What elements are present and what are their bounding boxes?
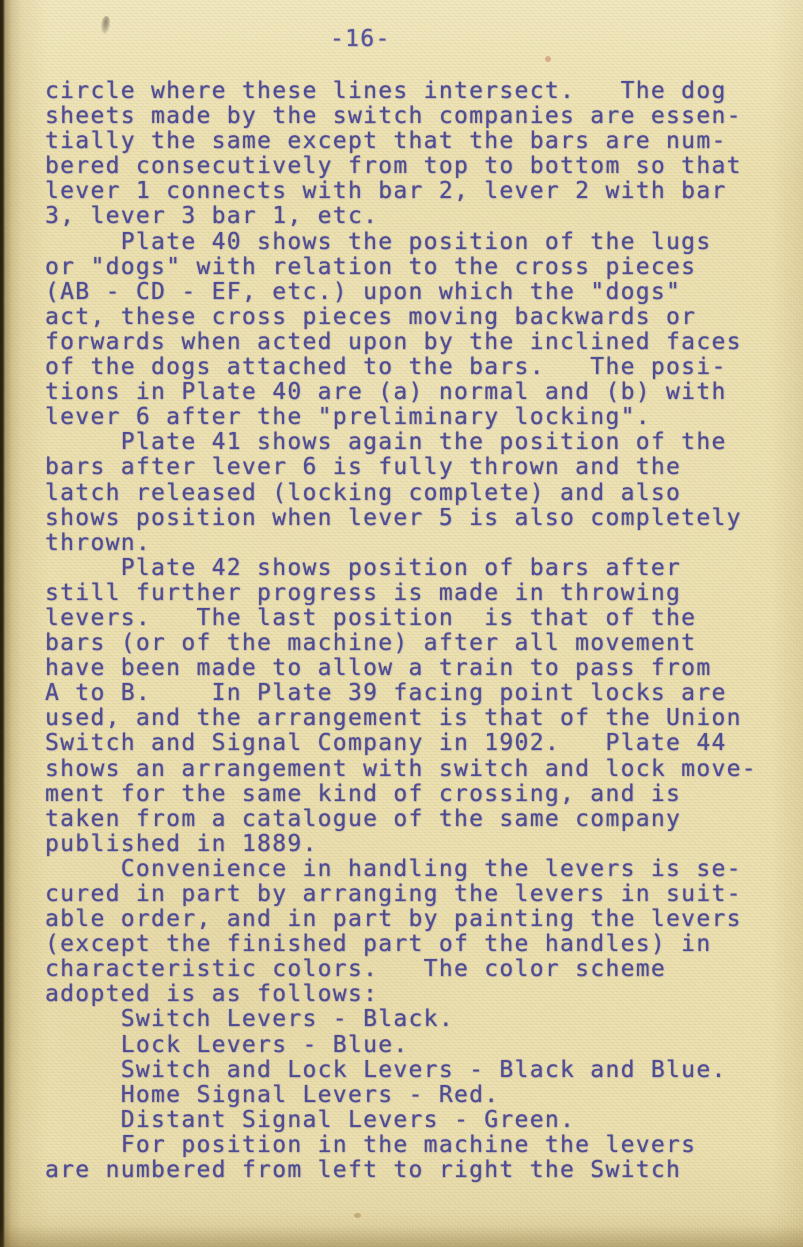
text-line: have been made to allow a train to pass … xyxy=(45,656,757,681)
text-line: tially the same except that the bars are… xyxy=(45,129,757,154)
typewritten-body: circle where these lines intersect. The … xyxy=(45,79,757,1183)
text-line: still further progress is made in throwi… xyxy=(45,581,757,606)
text-line: Convenience in handling the levers is se… xyxy=(45,857,757,882)
text-line: ment for the same kind of crossing, and … xyxy=(45,782,757,807)
text-line: adopted is as follows: xyxy=(45,982,757,1007)
text-line: or "dogs" with relation to the cross pie… xyxy=(45,255,757,280)
text-line: Plate 40 shows the position of the lugs xyxy=(45,230,757,255)
text-line: Lock Levers - Blue. xyxy=(45,1033,757,1058)
text-line: used, and the arrangement is that of the… xyxy=(45,706,757,731)
text-line: A to B. In Plate 39 facing point locks a… xyxy=(45,681,757,706)
text-line: characteristic colors. The color scheme xyxy=(45,957,757,982)
text-line: bars after lever 6 is fully thrown and t… xyxy=(45,455,757,480)
text-line: Distant Signal Levers - Green. xyxy=(45,1108,757,1133)
text-line: act, these cross pieces moving backwards… xyxy=(45,305,757,330)
text-line: sheets made by the switch companies are … xyxy=(45,104,757,129)
text-line: (AB - CD - EF, etc.) upon which the "dog… xyxy=(45,280,757,305)
text-line: cured in part by arranging the levers in… xyxy=(45,882,757,907)
text-line: circle where these lines intersect. The … xyxy=(45,79,757,104)
text-line: taken from a catalogue of the same compa… xyxy=(45,807,757,832)
text-line: latch released (locking complete) and al… xyxy=(45,481,757,506)
paper-speck xyxy=(545,56,551,62)
text-line: bered consecutively from top to bottom s… xyxy=(45,154,757,179)
text-line: levers. The last position is that of the xyxy=(45,606,757,631)
text-line: shows position when lever 5 is also comp… xyxy=(45,506,757,531)
text-line: Switch Levers - Black. xyxy=(45,1007,757,1032)
text-line: bars (or of the machine) after all movem… xyxy=(45,631,757,656)
page-number: -16- xyxy=(330,27,391,52)
text-line: lever 6 after the "preliminary locking". xyxy=(45,405,757,430)
text-line: Switch and Lock Levers - Black and Blue. xyxy=(45,1058,757,1083)
binding-edge-shadow xyxy=(0,0,48,1247)
text-line: published in 1889. xyxy=(45,832,757,857)
text-line: shows an arrangement with switch and loc… xyxy=(45,757,757,782)
pencil-smudge-mark xyxy=(100,15,111,34)
text-line: of the dogs attached to the bars. The po… xyxy=(45,355,757,380)
text-line: are numbered from left to right the Swit… xyxy=(45,1158,757,1183)
paper-speck xyxy=(354,1213,361,1218)
text-line: 3, lever 3 bar 1, etc. xyxy=(45,204,757,229)
text-line: Plate 42 shows position of bars after xyxy=(45,556,757,581)
text-line: able order, and in part by painting the … xyxy=(45,907,757,932)
text-line: thrown. xyxy=(45,531,757,556)
text-line: (except the finished part of the handles… xyxy=(45,932,757,957)
text-line: Plate 41 shows again the position of the xyxy=(45,430,757,455)
text-line: For position in the machine the levers xyxy=(45,1133,757,1158)
text-line: forwards when acted upon by the inclined… xyxy=(45,330,757,355)
text-line: tions in Plate 40 are (a) normal and (b)… xyxy=(45,380,757,405)
bottom-edge-shadow xyxy=(0,1225,803,1247)
scanned-document-page: -16- circle where these lines intersect.… xyxy=(0,0,803,1247)
text-line: Switch and Signal Company in 1902. Plate… xyxy=(45,731,757,756)
text-line: Home Signal Levers - Red. xyxy=(45,1083,757,1108)
text-line: lever 1 connects with bar 2, lever 2 wit… xyxy=(45,179,757,204)
